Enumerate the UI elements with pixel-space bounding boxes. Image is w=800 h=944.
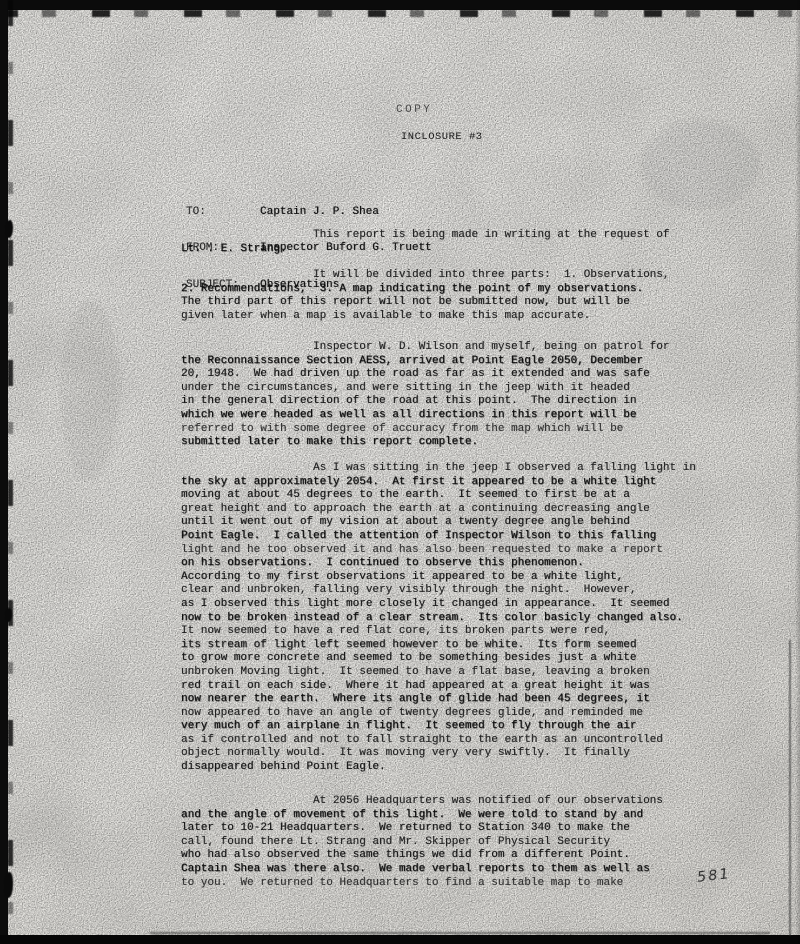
handwritten-page-mark: 581	[696, 866, 731, 886]
text-line: given later when a map is available to m…	[181, 310, 721, 324]
paragraph-patrol: Inspector W. D. Wilson and myself, being…	[181, 341, 721, 450]
text-line: red trail on each side. Where it had app…	[181, 680, 721, 694]
text-line: now appeared to have an angle of twenty …	[181, 707, 721, 721]
paragraph-observation: As I was sitting in the jeep I observed …	[181, 462, 721, 775]
scan-border-right-shade	[795, 0, 800, 944]
paragraph-headquarters: At 2056 Headquarters was notified of our…	[181, 795, 721, 890]
paper-smudge	[60, 300, 120, 480]
text-line: 20, 1948. We had driven up the road as f…	[181, 368, 721, 382]
to-label: TO:	[186, 206, 260, 218]
text-line: on his observations. I continued to obse…	[181, 557, 721, 571]
text-line: which we were headed as well as all dire…	[181, 409, 721, 423]
text-line: unbroken Moving light. It seemed to have…	[181, 666, 721, 680]
text-line: very much of an airplane in flight. It s…	[181, 720, 721, 734]
text-line: who had also observed the same things we…	[181, 849, 721, 863]
text-line: now to be broken instead of a clear stre…	[181, 612, 721, 626]
text-line: It now seemed to have a red flat core, i…	[181, 625, 721, 639]
scanned-document-page: COPY INCLOSURE #3 TO: Captain J. P. Shea…	[0, 0, 800, 944]
text-line: The third part of this report will not b…	[181, 296, 721, 310]
to-value: Captain J. P. Shea	[260, 206, 379, 218]
text-line: clear and unbroken, falling very visibly…	[181, 584, 721, 598]
text-line: As I was sitting in the jeep I observed …	[181, 462, 721, 476]
paragraph-three-parts: It will be divided into three parts: 1. …	[181, 269, 721, 323]
scan-border-bottom	[0, 935, 800, 944]
text-line: and the angle of movement of this light.…	[181, 809, 721, 823]
text-line: object normally would. It was moving ver…	[181, 747, 721, 761]
text-line: under the circumstances, and were sittin…	[181, 382, 721, 396]
text-line: to you. We returned to Headquarters to f…	[181, 877, 721, 891]
text-line: Point Eagle. I called the attention of I…	[181, 530, 721, 544]
text-line: as if controlled and not to fall straigh…	[181, 734, 721, 748]
text-line: light and he too observed it and has als…	[181, 544, 721, 558]
copy-label: COPY	[396, 104, 432, 116]
text-line: call, found there Lt. Strang and Mr. Ski…	[181, 836, 721, 850]
text-line: the Reconnaissance Section AESS, arrived…	[181, 355, 721, 369]
text-line: to grow more concrete and seemed to be s…	[181, 652, 721, 666]
text-line: moving at about 45 degrees to the earth.…	[181, 489, 721, 503]
text-line: referred to with some degree of accuracy…	[181, 423, 721, 437]
text-line: Inspector W. D. Wilson and myself, being…	[181, 341, 721, 355]
text-line: This report is being made in writing at …	[181, 229, 721, 243]
text-line: Captain Shea was there also. We made ver…	[181, 863, 721, 877]
text-line: great height and to approach the earth a…	[181, 503, 721, 517]
text-line: At 2056 Headquarters was notified of our…	[181, 795, 721, 809]
paragraph-request: This report is being made in writing at …	[181, 229, 721, 256]
text-line: disappeared behind Point Eagle.	[181, 761, 721, 775]
text-line: the sky at approximately 2054. At first …	[181, 476, 721, 490]
text-line: until it went out of my vision at about …	[181, 516, 721, 530]
text-line: later to 10-21 Headquarters. We returned…	[181, 822, 721, 836]
text-line: submitted later to make this report comp…	[181, 436, 721, 450]
scan-border-right-line	[789, 640, 791, 936]
text-line: 2. Recommendations, 3. A map indicating …	[181, 283, 721, 297]
text-line: its stream of light left seemed however …	[181, 639, 721, 653]
text-line: now nearer the earth. Where its angle of…	[181, 693, 721, 707]
text-line: According to my first observations it ap…	[181, 571, 721, 585]
enclosure-label: INCLOSURE #3	[401, 131, 483, 143]
text-line: It will be divided into three parts: 1. …	[181, 269, 721, 283]
scan-border-top	[0, 0, 800, 10]
paper-smudge	[640, 120, 760, 210]
text-line: in the general direction of the road at …	[181, 395, 721, 409]
memo-row-to: TO: Captain J. P. Shea	[186, 206, 432, 218]
text-line: Lt. . E. Strang.	[181, 243, 721, 257]
text-line: as I observed this light more closely it…	[181, 598, 721, 612]
scan-border-left	[0, 0, 8, 944]
